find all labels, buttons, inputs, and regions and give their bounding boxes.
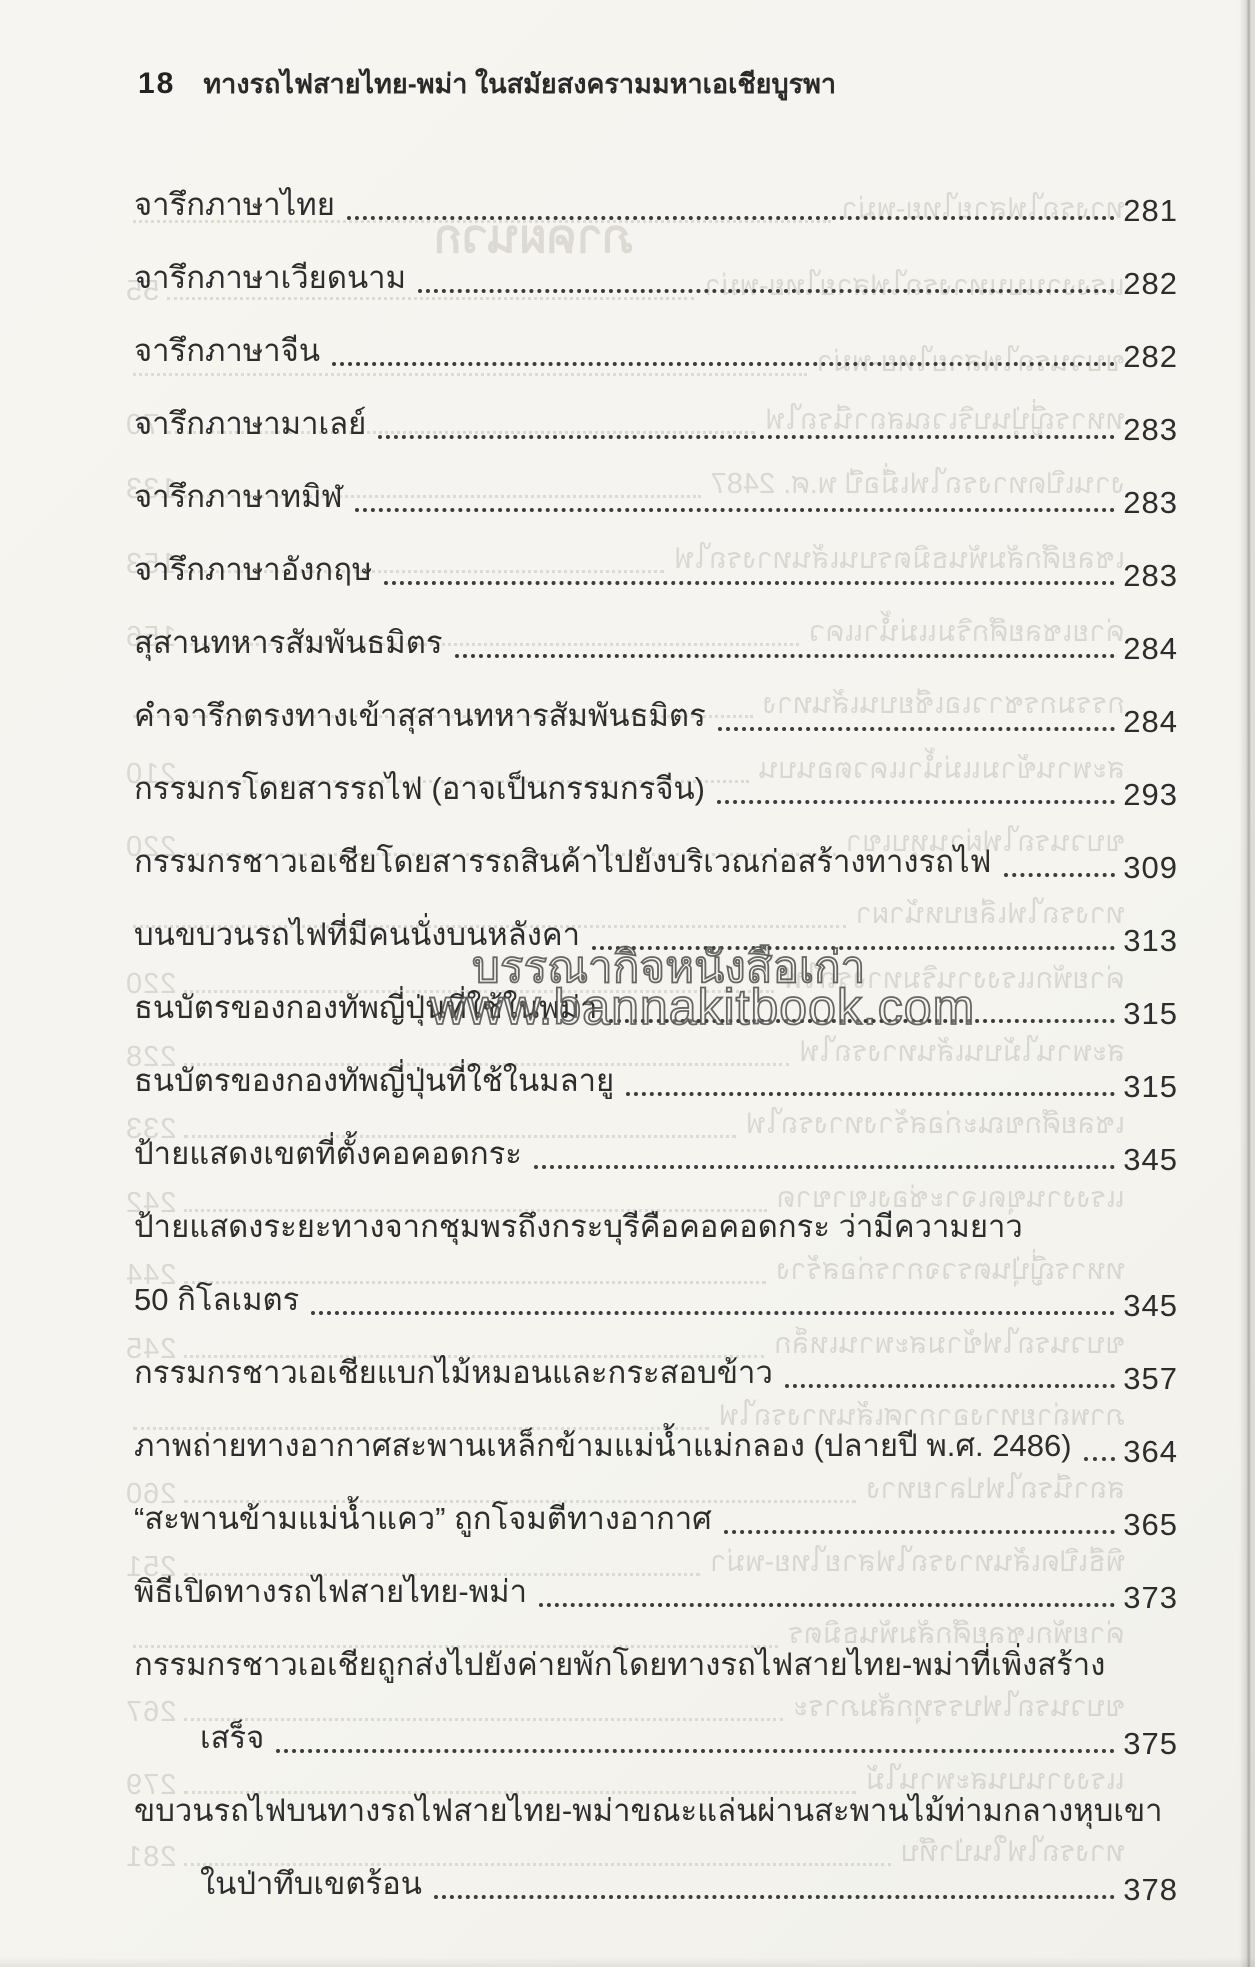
toc-page-number: 293 (1123, 777, 1178, 813)
toc-page-number: 313 (1123, 923, 1178, 959)
dot-leader (355, 508, 1116, 512)
toc-entry: ในป่าทึบเขตร้อน378 (134, 1841, 1178, 1914)
toc-entry-text: กรรมกรชาวเอเชียแบกไม้หมอนและกระสอบข้าว (134, 1347, 773, 1397)
dot-leader (718, 727, 1116, 731)
toc-entry-text: “สะพานข้ามแม่น้ำแคว” ถูกโจมตีทางอากาศ (134, 1493, 712, 1543)
toc-entry: “สะพานข้ามแม่น้ำแคว” ถูกโจมตีทางอากาศ365 (134, 1476, 1178, 1549)
dot-leader (724, 1530, 1115, 1534)
toc-entry: ธนบัตรของกองทัพญี่ปุ่นที่ใช้ในพม่า315 (134, 965, 1178, 1038)
toc-entry-text: จารึกภาษาเวียดนาม (134, 252, 406, 302)
toc-entry-text: จารึกภาษามาเลย์ (134, 398, 366, 448)
toc-page-number: 282 (1123, 266, 1178, 302)
page-header: 18ทางรถไฟสายไทย-พม่า ในสมัยสงครามมหาเอเช… (138, 62, 836, 105)
toc-entry: ป้ายแสดงเขตที่ตั้งคอคอดกระ345 (134, 1111, 1178, 1184)
toc-page-number: 378 (1123, 1872, 1178, 1908)
toc-entry: กรรมกรชาวเอเชียแบกไม้หมอนและกระสอบข้าว35… (134, 1330, 1178, 1403)
toc-page-number: 283 (1123, 485, 1178, 521)
toc-entry: จารึกภาษาทมิฬ283 (134, 454, 1178, 527)
page-bottom-shadow (0, 1957, 1255, 1967)
dot-leader (592, 946, 1115, 950)
toc-entry: จารึกภาษามาเลย์283 (134, 381, 1178, 454)
toc-entry: พิธีเปิดทางรถไฟสายไทย-พม่า373 (134, 1549, 1178, 1622)
toc-page-number: 345 (1123, 1142, 1178, 1178)
toc-entry: ป้ายแสดงระยะทางจากชุมพรถึงกระบุรีคือคอคอ… (134, 1184, 1178, 1257)
toc-page-number: 357 (1123, 1361, 1178, 1397)
toc-entry: ธนบัตรของกองทัพญี่ปุ่นที่ใช้ในมลายู315 (134, 1038, 1178, 1111)
dot-leader (332, 362, 1115, 366)
toc-list: จารึกภาษาไทย281จารึกภาษาเวียดนาม282จารึก… (134, 162, 1178, 1914)
toc-entry-text: ในป่าทึบเขตร้อน (200, 1858, 422, 1908)
dot-leader (785, 1384, 1115, 1388)
toc-entry: จารึกภาษาจีน282 (134, 308, 1178, 381)
dot-leader (418, 289, 1115, 293)
toc-entry-text: กรรมกรโดยสารรถไฟ (อาจเป็นกรรมกรจีน) (134, 763, 705, 813)
toc-page-number: 284 (1123, 704, 1178, 740)
dot-leader (384, 581, 1115, 585)
toc-entry-text: จารึกภาษาทมิฬ (134, 471, 343, 521)
toc-entry-text: คำจารึกตรงทางเข้าสุสานทหารสัมพันธมิตร (134, 690, 706, 740)
page-edge-shadow (1239, 0, 1255, 1967)
toc-entry-text: ป้ายแสดงระยะทางจากชุมพรถึงกระบุรีคือคอคอ… (134, 1201, 1023, 1251)
dot-leader (378, 435, 1115, 439)
toc-entry-text: จารึกภาษาจีน (134, 325, 320, 375)
toc-entry-text: เสร็จ (200, 1712, 264, 1762)
toc-entry-text: สุสานทหารสัมพันธมิตร (134, 617, 443, 667)
toc-page-number: 281 (1123, 193, 1178, 229)
toc-entry: ภาพถ่ายทางอากาศสะพานเหล็กข้ามแม่น้ำแม่กล… (134, 1403, 1178, 1476)
toc-entry-text: บนขบวนรถไฟที่มีคนนั่งบนหลังคา (134, 909, 580, 959)
book-title: ทางรถไฟสายไทย-พม่า ในสมัยสงครามมหาเอเชีย… (203, 69, 836, 99)
toc-entry: จารึกภาษาเวียดนาม282 (134, 235, 1178, 308)
dot-leader (539, 1603, 1115, 1607)
book-page: ภาคผนวก ทางรถไฟสายไทย-พม่าแรงงานบนทางรถไ… (0, 0, 1255, 1967)
toc-entry: ขบวนรถไฟบนทางรถไฟสายไทย-พม่าขณะแล่นผ่านส… (134, 1768, 1178, 1841)
toc-entry: คำจารึกตรงทางเข้าสุสานทหารสัมพันธมิตร284 (134, 673, 1178, 746)
toc-page-number: 364 (1123, 1434, 1178, 1470)
toc-page-number: 375 (1123, 1726, 1178, 1762)
toc-page-number: 315 (1123, 1069, 1178, 1105)
dot-leader (347, 216, 1115, 220)
toc-page-number: 283 (1123, 412, 1178, 448)
dot-leader (609, 1019, 1115, 1023)
toc-entry: 50 กิโลเมตร345 (134, 1257, 1178, 1330)
dot-leader (534, 1165, 1115, 1169)
toc-page-number: 282 (1123, 339, 1178, 375)
toc-entry: เสร็จ375 (134, 1695, 1178, 1768)
toc-page-number: 373 (1123, 1580, 1178, 1616)
dot-leader (311, 1311, 1115, 1315)
dot-leader (276, 1749, 1115, 1753)
toc-page-number: 284 (1123, 631, 1178, 667)
toc-entry-text: กรรมกรชาวเอเชียโดยสารรถสินค้าไปยังบริเวณ… (134, 836, 992, 886)
toc-entry-text: จารึกภาษาไทย (134, 179, 335, 229)
toc-page-number: 283 (1123, 558, 1178, 594)
toc-page-number: 365 (1123, 1507, 1178, 1543)
toc-entry: กรรมกรโดยสารรถไฟ (อาจเป็นกรรมกรจีน)293 (134, 746, 1178, 819)
toc-page-number: 315 (1123, 996, 1178, 1032)
dot-leader (1084, 1457, 1116, 1461)
toc-entry: บนขบวนรถไฟที่มีคนนั่งบนหลังคา313 (134, 892, 1178, 965)
toc-entry-text: พิธีเปิดทางรถไฟสายไทย-พม่า (134, 1566, 527, 1616)
toc-entry-text: 50 กิโลเมตร (134, 1274, 299, 1324)
toc-page-number: 345 (1123, 1288, 1178, 1324)
dot-leader (434, 1895, 1115, 1899)
dot-leader (717, 800, 1115, 804)
toc-entry-text: ขบวนรถไฟบนทางรถไฟสายไทย-พม่าขณะแล่นผ่านส… (134, 1785, 1163, 1835)
toc-entry-text: ภาพถ่ายทางอากาศสะพานเหล็กข้ามแม่น้ำแม่กล… (134, 1420, 1072, 1470)
dot-leader (1004, 873, 1116, 877)
toc-entry-text: จารึกภาษาอังกฤษ (134, 544, 372, 594)
toc-page-number: 309 (1123, 850, 1178, 886)
toc-entry: จารึกภาษาอังกฤษ283 (134, 527, 1178, 600)
toc-entry: กรรมกรชาวเอเชียถูกส่งไปยังค่ายพักโดยทางร… (134, 1622, 1178, 1695)
dot-leader (455, 654, 1116, 658)
toc-entry-text: ป้ายแสดงเขตที่ตั้งคอคอดกระ (134, 1128, 522, 1178)
dot-leader (626, 1092, 1115, 1096)
toc-entry: กรรมกรชาวเอเชียโดยสารรถสินค้าไปยังบริเวณ… (134, 819, 1178, 892)
page-number: 18 (138, 67, 175, 100)
toc-entry-text: ธนบัตรของกองทัพญี่ปุ่นที่ใช้ในมลายู (134, 1055, 614, 1105)
toc-entry-text: กรรมกรชาวเอเชียถูกส่งไปยังค่ายพักโดยทางร… (134, 1639, 1105, 1689)
toc-entry: จารึกภาษาไทย281 (134, 162, 1178, 235)
toc-entry-text: ธนบัตรของกองทัพญี่ปุ่นที่ใช้ในพม่า (134, 982, 597, 1032)
toc-entry: สุสานทหารสัมพันธมิตร284 (134, 600, 1178, 673)
